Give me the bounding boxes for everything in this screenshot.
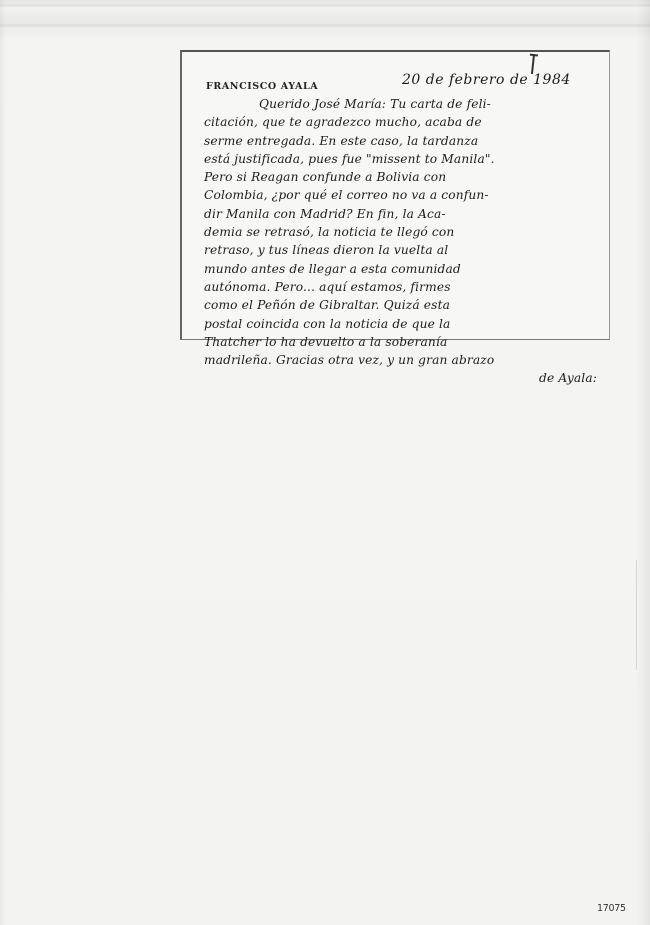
- page-edge-shadow: [0, 0, 6, 925]
- letter-line: está justificada, pues fue "missent to M…: [204, 150, 609, 168]
- letter-line: serme entregada. En este caso, la tardan…: [204, 132, 609, 150]
- letterhead: FRANCISCO AYALA: [206, 81, 318, 92]
- letter-line: dir Manila con Madrid? En fin, la Aca-: [204, 205, 609, 223]
- letter-line: Colombia, ¿por qué el correo no va a con…: [204, 186, 609, 204]
- letter-line: Pero si Reagan confunde a Bolivia con: [204, 168, 609, 186]
- letter-line: Querido José María: Tu carta de feli-: [204, 95, 609, 113]
- signature: de Ayala:: [204, 369, 609, 387]
- letter-line: madrileña. Gracias otra vez, y un gran a…: [204, 351, 609, 369]
- letter-line: demia se retrasó, la noticia te llegó co…: [204, 223, 609, 241]
- scanned-page: FRANCISCO AYALA 20 de febrero de 1984 Qu…: [0, 0, 650, 925]
- scan-artifact: [0, 4, 650, 7]
- letter-line: postal coincida con la noticia de que la: [204, 315, 609, 333]
- letter-line: autónoma. Pero... aquí estamos, firmes: [204, 278, 609, 296]
- letter-line: mundo antes de llegar a esta comunidad: [204, 260, 609, 278]
- letter-body: Querido José María: Tu carta de feli- ci…: [204, 95, 609, 388]
- letter-line: Thatcher lo ha devuelto a la soberanía: [204, 333, 609, 351]
- page-edge-shadow: [636, 0, 650, 925]
- archive-number: 17075: [597, 903, 626, 914]
- scan-artifact: [0, 24, 650, 27]
- scan-artifact: [636, 560, 637, 670]
- letter-line: como el Peñón de Gibraltar. Quizá esta: [204, 296, 609, 314]
- postcard: FRANCISCO AYALA 20 de febrero de 1984 Qu…: [180, 50, 610, 340]
- letter-line: retraso, y tus líneas dieron la vuelta a…: [204, 241, 609, 259]
- letter-line: citación, que te agradezco mucho, acaba …: [204, 113, 609, 131]
- letter-date: 20 de febrero de 1984: [402, 72, 571, 88]
